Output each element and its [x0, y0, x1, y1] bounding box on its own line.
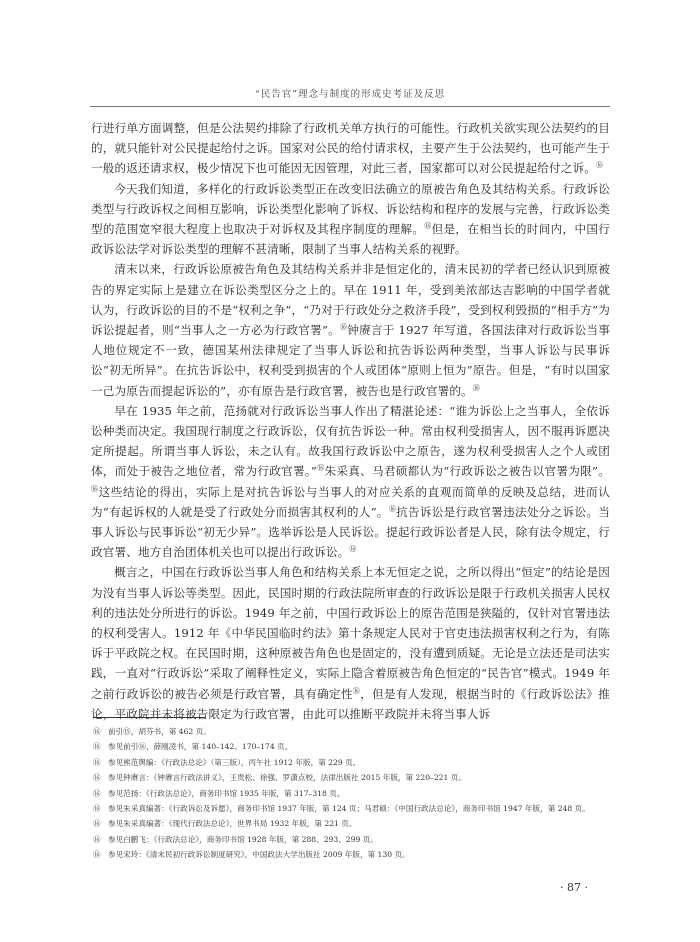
paragraph: 行进行单方面调整，但是公法契约排除了行政机关单方执行的可能性。行政机关欲实现公法… [91, 118, 610, 179]
footnote-ref[interactable]: ⑯ [349, 545, 356, 553]
footnote: ⑯参见宋玲：《清末民初行政诉讼制度研究》，中国政法大学出版社 2009 年版，第… [93, 847, 613, 862]
footnotes: ⑯前引⑮，胡芬书，第 462 页。 ⑯参见前引⑯，薛刚凌书，第 140–142、… [93, 724, 613, 863]
footnote: ⑯参见范扬：《行政法总论》，商务印书馆 1935 年版，第 317–318 页。 [93, 786, 613, 801]
footnote-divider [93, 717, 205, 718]
footnote: ⑯参见白鹏飞：《行政法总论》，商务印书馆 1928 年版，第 288、293、2… [93, 832, 613, 847]
footnote: ⑯参见钟赓言：《钟赓言行政法讲义》，王贵松、徐强、罗潇点校，法律出版社 2015… [93, 770, 613, 785]
footnote-number: ⑯ [93, 770, 108, 785]
footnote-ref[interactable]: ⑯ [473, 384, 480, 392]
footnote-number: ⑯ [93, 724, 108, 739]
footnote-text: 前引⑮，胡芬书，第 462 页。 [108, 727, 211, 736]
footnote-text: 参见朱采真编著：《行政诉讼及诉愿》，商务印书馆 1937 年版，第 124 页；… [108, 804, 590, 813]
footnote-ref[interactable]: ⑯ [389, 505, 396, 513]
footnote-text: 参见朱采真编著：《现代行政法总论》，世界书局 1932 年版，第 221 页。 [108, 819, 357, 828]
footnote: ⑯参见熊范舆编：《行政法总论》（第三版），丙午社 1912 年版，第 229 页… [93, 755, 613, 770]
footnote-number: ⑯ [93, 786, 108, 801]
footnote-number: ⑯ [93, 832, 108, 847]
footnote-text: 参见范扬：《行政法总论》，商务印书馆 1935 年版，第 317–318 页。 [108, 789, 344, 798]
footnote-text: 参见白鹏飞：《行政法总论》，商务印书馆 1928 年版，第 288、293、29… [108, 835, 378, 844]
paragraph-text: 行进行单方面调整，但是公法契约排除了行政机关单方执行的可能性。行政机关欲实现公法… [91, 121, 610, 175]
paragraph: 早在 1935 年之前，范扬就对行政诉讼当事人作出了精湛论述：“谁为诉讼上之当事… [91, 401, 610, 563]
footnote: ⑯参见朱采真编著：《行政诉讼及诉愿》，商务印书馆 1937 年版，第 124 页… [93, 801, 613, 816]
footnote-number: ⑯ [93, 816, 108, 831]
paragraph: 今天我们知道，多样化的行政诉讼类型正在改变旧法确立的原被告角色及其结构关系。行政… [91, 179, 610, 260]
footnote: ⑯参见朱采真编著：《现代行政法总论》，世界书局 1932 年版，第 221 页。 [93, 816, 613, 831]
footnote-text: 参见熊范舆编：《行政法总论》（第三版），丙午社 1912 年版，第 229 页。 [108, 758, 360, 767]
running-header: “民告官”理念与制度的形成史考证及反思 [0, 86, 700, 100]
footnote: ⑯前引⑮，胡芬书，第 462 页。 [93, 724, 613, 739]
footnote-number: ⑯ [93, 801, 108, 816]
footnote-number: ⑯ [93, 755, 108, 770]
paragraph-text: 概言之，中国在行政诉讼当事人角色和结构关系上本无恒定之说，之所以得出“恒定”的结… [91, 565, 610, 700]
footnote-text: 参见前引⑯，薛刚凌书，第 140–142、170–174 页。 [108, 742, 292, 751]
page-number: · 87 · [560, 881, 588, 894]
footnote: ⑯参见前引⑯，薛刚凌书，第 140–142、170–174 页。 [93, 739, 613, 754]
footnote-ref[interactable]: ⑯ [91, 485, 99, 493]
footnote-text: 参见宋玲：《清末民初行政诉讼制度研究》，中国政法大学出版社 2009 年版，第 … [108, 850, 410, 859]
paragraph: 清末以来，行政诉讼原被告角色及其结构关系并非是恒定化的，清末民初的学者已经认识到… [91, 259, 610, 400]
paragraph-text: 朱采真、马君硕都认为“行政诉讼之被告以官署为限”。 [324, 464, 610, 478]
footnote-ref[interactable]: ⑯ [596, 162, 603, 170]
header-divider [90, 106, 610, 107]
footnote-number: ⑯ [93, 847, 108, 862]
paragraph: 概言之，中国在行政诉讼当事人角色和结构关系上本无恒定之说，之所以得出“恒定”的结… [91, 562, 610, 724]
footnote-number: ⑯ [93, 739, 108, 754]
footnote-text: 参见钟赓言：《钟赓言行政法讲义》，王贵松、徐强、罗潇点校，法律出版社 2015 … [108, 773, 466, 782]
body-text: 行进行单方面调整，但是公法契约排除了行政机关单方执行的可能性。行政机关欲实现公法… [91, 118, 610, 724]
footnote-ref[interactable]: ⑯ [424, 222, 431, 230]
